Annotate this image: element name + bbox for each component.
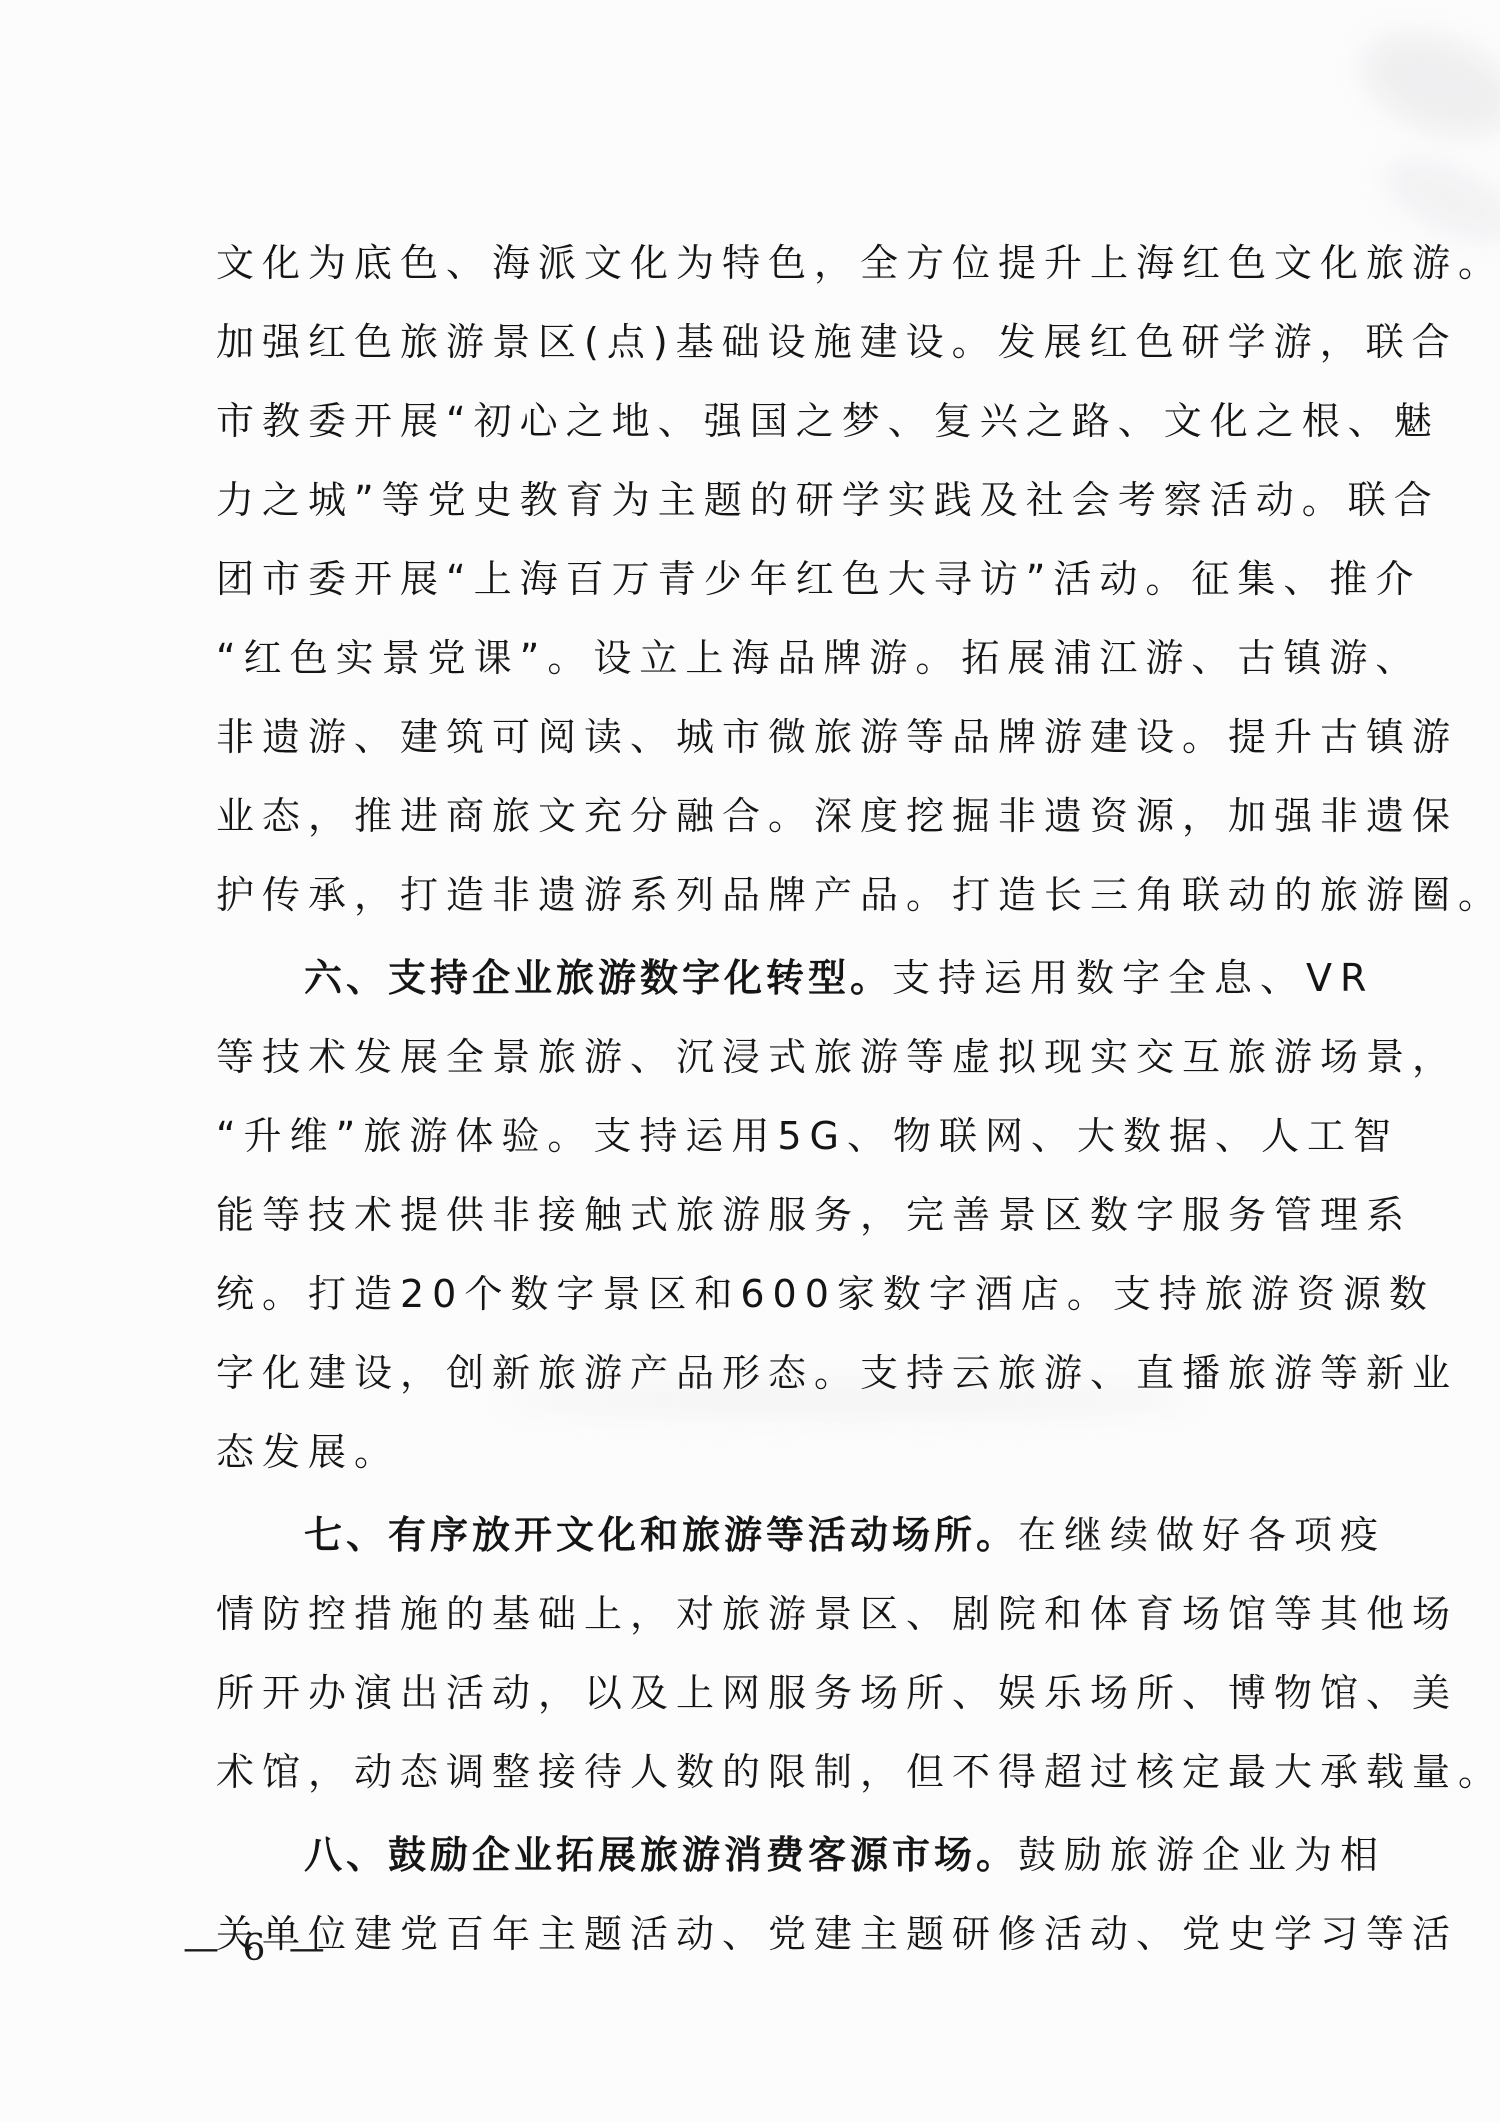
document-page: 文化为底色、海派文化为特色，全方位提升上海红色文化旅游。 加强红色旅游景区(点)… (216, 232, 1288, 1982)
body-line: “升维”旅游体验。支持运用5G、物联网、大数据、人工智 (216, 1105, 1288, 1184)
page-number: — 6 — (183, 1928, 331, 1969)
scan-shadow (1349, 15, 1500, 154)
body-line: 等技术发展全景旅游、沉浸式旅游等虚拟现实交互旅游场景， (216, 1026, 1288, 1105)
section-7-heading: 七、有序放开文化和旅游等活动场所。 (304, 1513, 1018, 1557)
section-6-heading: 六、支持企业旅游数字化转型。 (304, 956, 892, 1000)
body-line: 文化为底色、海派文化为特色，全方位提升上海红色文化旅游。 (216, 232, 1288, 311)
body-line: 术馆，动态调整接待人数的限制，但不得超过核定最大承载量。 (216, 1741, 1288, 1820)
body-line: 团市委开展“上海百万青少年红色大寻访”活动。征集、推介 (216, 548, 1288, 627)
body-line: 非遗游、建筑可阅读、城市微旅游等品牌游建设。提升古镇游 (216, 706, 1288, 785)
body-line: 关单位建党百年主题活动、党建主题研修活动、党史学习等活 (216, 1903, 1288, 1982)
section-8-first-line: 八、鼓励企业拓展旅游消费客源市场。鼓励旅游企业为相 (216, 1824, 1288, 1903)
body-line: 能等技术提供非接触式旅游服务，完善景区数字服务管理系 (216, 1184, 1288, 1263)
body-line: 市教委开展“初心之地、强国之梦、复兴之路、文化之根、魅 (216, 390, 1288, 469)
body-line: 情防控措施的基础上，对旅游景区、剧院和体育场馆等其他场 (216, 1583, 1288, 1662)
section-8-text: 鼓励旅游企业为相 (1018, 1833, 1386, 1877)
section-6-first-line: 六、支持企业旅游数字化转型。支持运用数字全息、VR (216, 947, 1288, 1026)
body-line: 力之城”等党史教育为主题的研学实践及社会考察活动。联合 (216, 469, 1288, 548)
scan-shadow (1374, 143, 1500, 257)
section-8-heading: 八、鼓励企业拓展旅游消费客源市场。 (304, 1833, 1018, 1877)
body-line: 态发展。 (216, 1421, 1288, 1500)
section-7-text: 在继续做好各项疫 (1018, 1513, 1386, 1557)
section-7-first-line: 七、有序放开文化和旅游等活动场所。在继续做好各项疫 (216, 1504, 1288, 1583)
body-line: 所开办演出活动，以及上网服务场所、娱乐场所、博物馆、美 (216, 1662, 1288, 1741)
body-line: 护传承，打造非遗游系列品牌产品。打造长三角联动的旅游圈。 (216, 864, 1288, 943)
body-line: 字化建设，创新旅游产品形态。支持云旅游、直播旅游等新业 (216, 1342, 1288, 1421)
section-6-text: 支持运用数字全息、VR (892, 956, 1374, 1000)
body-line: 业态，推进商旅文充分融合。深度挖掘非遗资源，加强非遗保 (216, 785, 1288, 864)
body-line: 统。打造20个数字景区和600家数字酒店。支持旅游资源数 (216, 1263, 1288, 1342)
body-line: “红色实景党课”。设立上海品牌游。拓展浦江游、古镇游、 (216, 627, 1288, 706)
body-line: 加强红色旅游景区(点)基础设施建设。发展红色研学游，联合 (216, 311, 1288, 390)
